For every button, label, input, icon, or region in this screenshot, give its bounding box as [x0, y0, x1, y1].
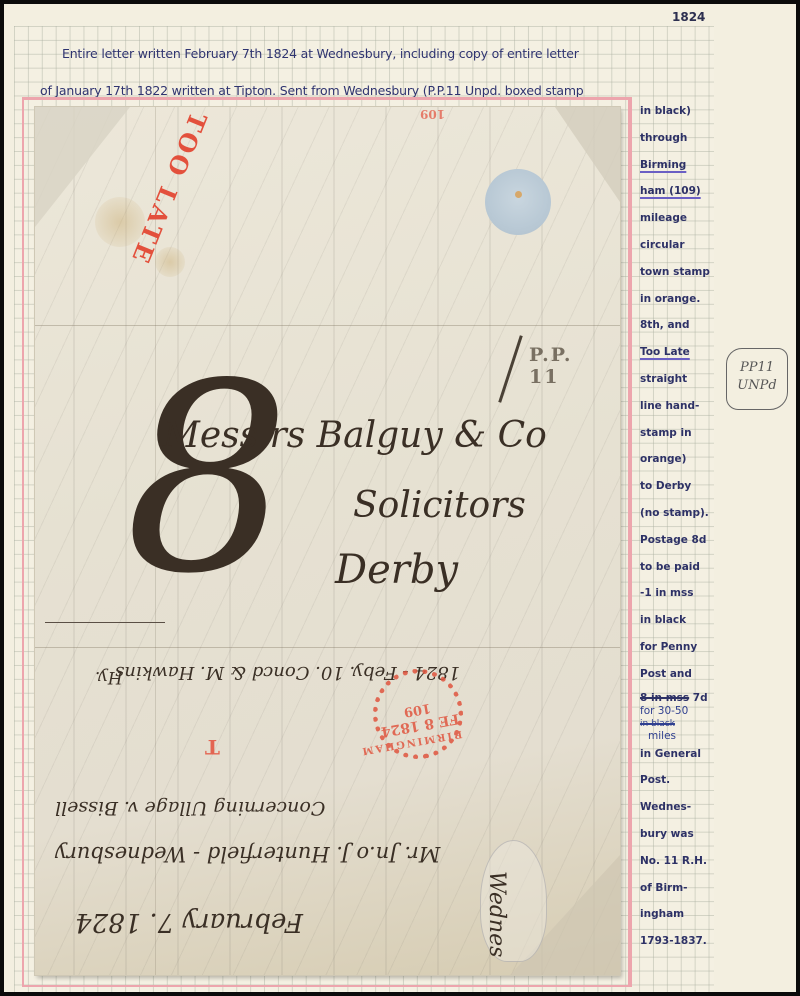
margin-note: -1 in mss [640, 583, 720, 610]
margin-note: straight [640, 369, 720, 396]
postage-due-numeral: 8 [125, 350, 290, 610]
margin-note: to Derby [640, 476, 720, 503]
margin-note: circular [640, 235, 720, 262]
docket-rule [45, 622, 165, 623]
correction-text: miles [640, 730, 720, 742]
red-partial-mark: T [205, 735, 220, 759]
address-line-3: Derby [335, 547, 458, 593]
fold-line [35, 647, 620, 648]
stamp-pp11-reference: P.P.11 Unpd. [427, 83, 501, 98]
sketch-line-2: UNPd [727, 377, 787, 395]
margin-note: bury was [640, 824, 720, 851]
margin-note: 8 in mss 7d [640, 691, 720, 705]
struck-text: 8 in mss [640, 692, 689, 704]
margin-note: 8th, and [640, 315, 720, 342]
fold-line [35, 325, 620, 326]
margin-note: Post. [640, 770, 720, 797]
mount-corner [555, 107, 620, 202]
margin-rule [630, 97, 632, 987]
correction-text: 7d [693, 692, 708, 704]
pp11-stamp-sketch: PP11 UNPd [726, 348, 788, 410]
margin-note: No. 11 R.H. [640, 851, 720, 878]
wax-seal-remnant [485, 169, 551, 235]
margin-note: (no stamp). [640, 503, 720, 530]
description-text: boxed stamp [501, 83, 584, 98]
foxing-stain [155, 247, 185, 277]
seal-stain [515, 191, 522, 198]
pp11-line-1: P.P. [529, 344, 573, 366]
description-line-1: Entire letter written February 7th 1824 … [62, 46, 579, 61]
description-line-2: of January 17th 1822 written at Tipton. … [40, 83, 584, 98]
seal-writing: Wednes [484, 871, 509, 957]
description-text: of January 17th 1822 written at Tipton. … [40, 83, 343, 98]
margin-note: for Penny [640, 637, 720, 664]
margin-note: Too Late [640, 342, 720, 369]
margin-note: in blackmiles [640, 718, 720, 744]
address-line-1: Mess.rs Balguy & Co [163, 415, 547, 456]
margin-note: in black [640, 610, 720, 637]
margin-note: to be paid [640, 557, 720, 584]
margin-note: Wednes- [640, 797, 720, 824]
margin-note: in orange. [640, 289, 720, 316]
margin-note: 1793-1837. [640, 931, 720, 958]
margin-notes: in black) through Birming ham (109) mile… [640, 101, 720, 958]
struck-text: in black [640, 718, 720, 730]
pp11-line-2: 11 [529, 366, 573, 388]
margin-note: orange) [640, 449, 720, 476]
album-page: 1824 Entire letter written February 7th … [4, 4, 796, 992]
margin-note: for 30-50 [640, 705, 720, 718]
margin-note: through [640, 128, 720, 155]
margin-note: of Birm- [640, 878, 720, 905]
margin-note: in General [640, 744, 720, 771]
margin-note: line hand- [640, 396, 720, 423]
entire-letter: 109 TOO LATE P.P. 11 8 Mess.rs Balguy & … [35, 107, 620, 975]
margin-note: ham (109) [640, 181, 720, 208]
margin-note: mileage [640, 208, 720, 235]
page-year-label: 1824 [672, 10, 705, 24]
margin-note: town stamp [640, 262, 720, 289]
docket-sender: Mr. Jn.o J. Hunterfield - Wednesbury [55, 842, 440, 866]
docket-letter-date: February 7. 1824 [75, 907, 303, 937]
pp11-boxed-stamp: P.P. 11 [519, 334, 589, 404]
margin-note: ingham [640, 904, 720, 931]
partial-red-stamp: 109 [420, 107, 445, 121]
docket-concerning: Concerning Ullage v. Bissell [55, 797, 325, 819]
margin-note: Postage 8d [640, 530, 720, 557]
place-wednesbury: Wednesbury [343, 83, 419, 98]
address-line-2: Solicitors [353, 485, 526, 526]
margin-note: stamp in [640, 423, 720, 450]
wafer-seal-outline: Wednes [480, 840, 547, 962]
margin-note: Birming [640, 155, 720, 182]
sketch-line-1: PP11 [727, 359, 787, 377]
pp11-stamp-text: P.P. 11 [529, 344, 573, 388]
margin-note: in black) [640, 101, 720, 128]
margin-note: Post and [640, 664, 720, 691]
